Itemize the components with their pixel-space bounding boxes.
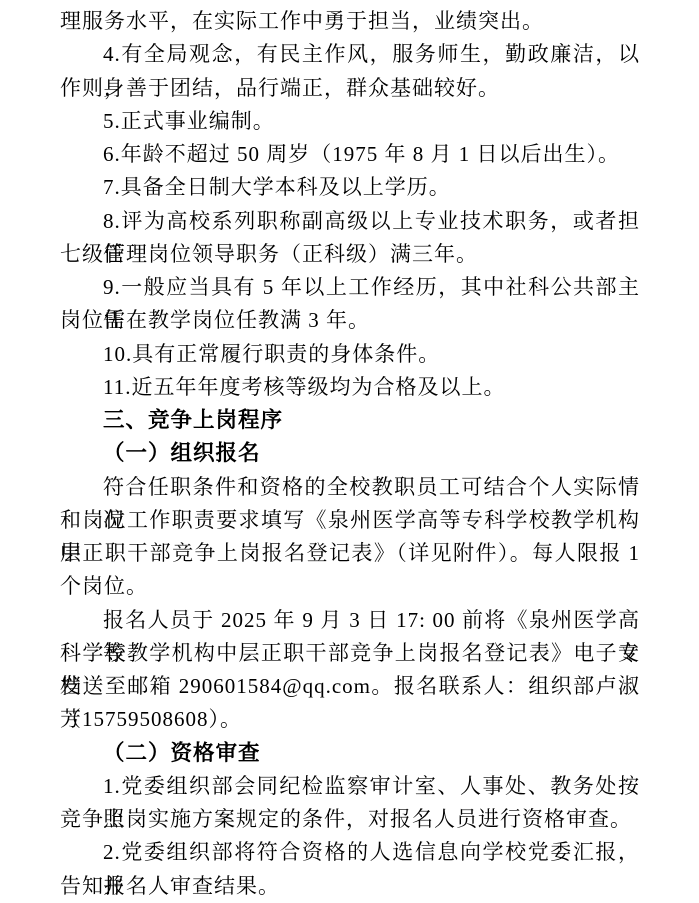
text-line: 岗位需在教学岗位任教满 3 年。 xyxy=(60,304,640,337)
text-line: 七级管理岗位领导职务（正科级）满三年。 xyxy=(60,238,640,271)
text-line: 和岗位工作职责要求填写《泉州医学高等专科学校教学机构中 xyxy=(60,504,640,537)
text-line: 个岗位。 xyxy=(60,570,640,603)
text-line: 作则，善于团结，品行端正，群众基础较好。 xyxy=(60,72,640,105)
text-line: 9.一般应当具有 5 年以上工作经历，其中社科公共部主任 xyxy=(60,271,640,304)
text-line: 10.具有正常履行职责的身体条件。 xyxy=(60,338,640,371)
document-page: 理服务水平，在实际工作中勇于担当，业绩突出。4.有全局观念，有民主作风，服务师生… xyxy=(0,0,699,903)
text-line: 4.有全局观念，有民主作风，服务师生，勤政廉洁，以身 xyxy=(60,38,640,71)
text-line: 8.评为高校系列职称副高级以上专业技术职务，或者担任 xyxy=(60,205,640,238)
text-line: 发送至邮箱 290601584@qq.com。报名联系人：组织部卢淑芳 xyxy=(60,670,640,703)
heading-line: （二）资格审查 xyxy=(60,737,640,770)
text-line: 1.党委组织部会同纪检监察审计室、人事处、教务处按照 xyxy=(60,770,640,803)
text-line: 层正职干部竞争上岗报名登记表》（详见附件）。每人限报 1 xyxy=(60,537,640,570)
text-line: 2.党委组织部将符合资格的人选信息向学校党委汇报，并 xyxy=(60,836,640,869)
text-line: 符合任职条件和资格的全校教职员工可结合个人实际情况 xyxy=(60,471,640,504)
text-line: 科学校教学机构中层正职干部竞争上岗报名登记表》电子文档 xyxy=(60,637,640,670)
document-body: 理服务水平，在实际工作中勇于担当，业绩突出。4.有全局观念，有民主作风，服务师生… xyxy=(60,5,640,903)
text-line: 11.近五年年度考核等级均为合格及以上。 xyxy=(60,371,640,404)
text-line: 报名人员于 2025 年 9 月 3 日 17: 00 前将《泉州医学高等专 xyxy=(60,604,640,637)
text-line: 7.具备全日制大学本科及以上学历。 xyxy=(60,171,640,204)
text-line: 竞争上岗实施方案规定的条件，对报名人员进行资格审查。 xyxy=(60,803,640,836)
heading-line: （一）组织报名 xyxy=(60,437,640,470)
text-line: （15759508608）。 xyxy=(60,703,640,736)
heading-line: 三、竞争上岗程序 xyxy=(60,404,640,437)
text-line: 告知报名人审查结果。 xyxy=(60,870,640,903)
text-line: 理服务水平，在实际工作中勇于担当，业绩突出。 xyxy=(60,5,640,38)
text-line: 5.正式事业编制。 xyxy=(60,105,640,138)
text-line: 6.年龄不超过 50 周岁（1975 年 8 月 1 日以后出生）。 xyxy=(60,138,640,171)
